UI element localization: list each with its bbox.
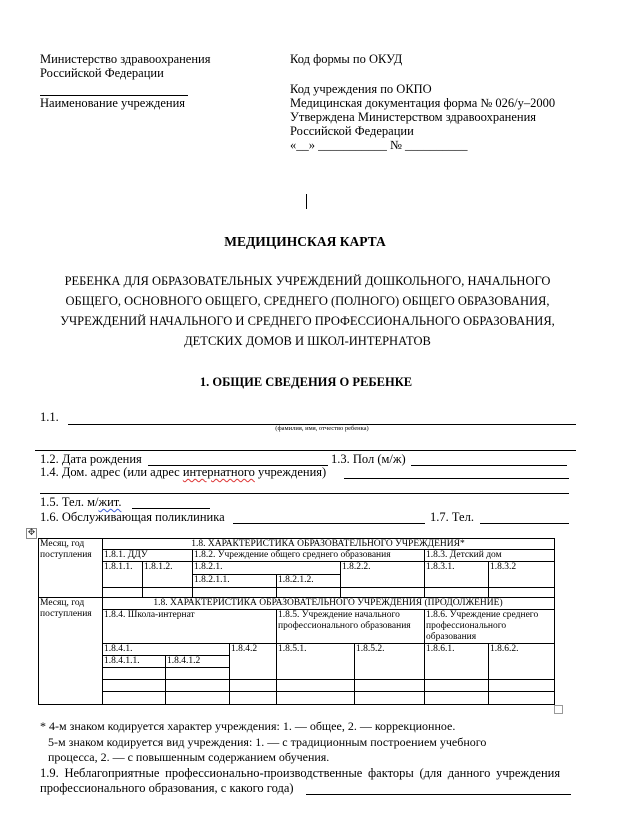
t2-cell-18412: 1.8.4.1.2 [167, 656, 200, 667]
footnote-line-3: процесса, 2. — с повышенным содержанием … [48, 750, 329, 764]
field-1-2-label: 1.2. Дата рождения [40, 452, 142, 466]
sex-field[interactable] [411, 465, 567, 466]
ministry-line1: Министерство здравоохранения [40, 52, 210, 66]
field-1-3-label: 1.3. Пол (м/ж) [331, 452, 406, 466]
phone-home-field[interactable] [132, 508, 210, 509]
field-1-9-line-1: 1.9. Неблагоприятные профессионально-про… [40, 766, 560, 780]
document-title: МЕДИЦИНСКАЯ КАРТА [0, 234, 610, 250]
t2-month-header-1: Месяц, год [40, 598, 84, 609]
field-1-7-label: 1.7. Тел. [430, 510, 474, 524]
t2-cell-1862: 1.8.6.2. [490, 644, 519, 655]
subtitle-line-3: УЧРЕЖДЕНИЙ НАЧАЛЬНОГО И СРЕДНЕГО ПРОФЕСС… [0, 314, 615, 328]
home-address-field[interactable] [344, 478, 569, 479]
table-resize-handle-icon[interactable] [554, 705, 563, 714]
t2-group-primary-vocational-2: профессионального образования [278, 621, 411, 632]
field-1-9-line-2: профессионального образования, с какого … [40, 781, 294, 795]
field-1-1-label: 1.1. [40, 410, 59, 424]
t1-cell-1831: 1.8.3.1. [426, 562, 455, 573]
child-name-field-line2[interactable] [35, 450, 576, 451]
approval-date-line[interactable]: «__» ___________ № __________ [290, 138, 468, 152]
t1-cell-18212: 1.8.2.1.2. [278, 575, 314, 586]
t2-month-header-2: поступления [40, 609, 92, 620]
t1-group-general-school: 1.8.2. Учреждение общего среднего образо… [194, 550, 391, 561]
t1-cell-1822: 1.8.2.2. [342, 562, 371, 573]
okpo-label: Код учреждения по ОКПО [290, 82, 432, 96]
t2-group-secondary-vocational-2: профессионального [426, 621, 506, 632]
t2-group-boarding-school: 1.8.4. Школа-интернат [104, 610, 195, 621]
t1-cell-1832: 1.8.3.2 [490, 562, 516, 573]
t1-main-header: 1.8. ХАРАКТЕРИСТИКА ОБРАЗОВАТЕЛЬНОГО УЧР… [102, 539, 554, 550]
child-name-hint: (фамилия, имя, отчество ребенка) [68, 425, 576, 432]
subtitle-line-2: ОБЩЕГО, ОСНОВНОГО ОБЩЕГО, СРЕДНЕГО (ПОЛН… [0, 294, 615, 308]
footnote-line-1: * 4-м знаком кодируется характер учрежде… [40, 719, 455, 733]
t1-month-header-2: поступления [40, 550, 92, 561]
t2-cell-18411: 1.8.4.1.1. [104, 656, 140, 667]
t2-cell-1851: 1.8.5.1. [278, 644, 307, 655]
okud-label: Код формы по ОКУД [290, 52, 402, 66]
institution-label: Наименование учреждения [40, 96, 185, 110]
subtitle-line-1: РЕБЕНКА ДЛЯ ОБРАЗОВАТЕЛЬНЫХ УЧРЕЖДЕНИЙ Д… [0, 274, 615, 288]
t1-month-header-1: Месяц, год [40, 539, 84, 550]
field-1-6-label: 1.6. Обслуживающая поликлиника [40, 510, 225, 524]
clinic-phone-field[interactable] [480, 523, 569, 524]
form-number: Медицинская документация форма № 026/у–2… [290, 96, 555, 110]
t2-cell-1861: 1.8.6.1. [426, 644, 455, 655]
t2-group-primary-vocational-1: 1.8.5. Учреждение начального [278, 610, 400, 621]
section-1-heading: 1. ОБЩИЕ СВЕДЕНИЯ О РЕБЕНКЕ [0, 375, 612, 390]
field-1-5-label: 1.5. Тел. м/жит. [40, 495, 121, 509]
subtitle-line-4: ДЕТСКИХ ДОМОВ И ШКОЛ-ИНТЕРНАТОВ [0, 334, 615, 348]
t1-cell-1812: 1.8.1.2. [144, 562, 173, 573]
t2-group-secondary-vocational-1: 1.8.6. Учреждение среднего [426, 610, 538, 621]
t1-group-ddu: 1.8.1. ДДУ [104, 550, 148, 561]
text-cursor [306, 194, 307, 209]
t1-cell-1821: 1.8.2.1. [194, 562, 223, 573]
t1-cell-18211: 1.8.2.1.1. [194, 575, 230, 586]
t2-cell-1841: 1.8.4.1. [104, 644, 133, 655]
approved-line2: Российской Федерации [290, 124, 414, 138]
ministry-line2: Российской Федерации [40, 66, 164, 80]
hazard-factors-field[interactable] [306, 794, 571, 795]
t2-main-header: 1.8. ХАРАКТЕРИСТИКА ОБРАЗОВАТЕЛЬНОГО УЧР… [102, 598, 554, 609]
field-1-4-label: 1.4. Дом. адрес (или адрес интернатного … [40, 465, 326, 479]
approved-line1: Утверждена Министерством здравоохранения [290, 110, 536, 124]
t2-group-secondary-vocational-3: образования [426, 632, 476, 643]
t2-cell-1852: 1.8.5.2. [356, 644, 385, 655]
footnote-line-2: 5-м знаком кодируется вид учреждения: 1.… [48, 735, 486, 749]
t2-cell-1842: 1.8.4.2 [231, 644, 257, 655]
t1-group-orphanage: 1.8.3. Детский дом [426, 550, 502, 561]
clinic-field[interactable] [233, 523, 425, 524]
home-address-field-line2[interactable] [40, 493, 569, 494]
table-move-handle-icon[interactable]: ✥ [26, 528, 37, 539]
t1-cell-1811: 1.8.1.1. [104, 562, 133, 573]
